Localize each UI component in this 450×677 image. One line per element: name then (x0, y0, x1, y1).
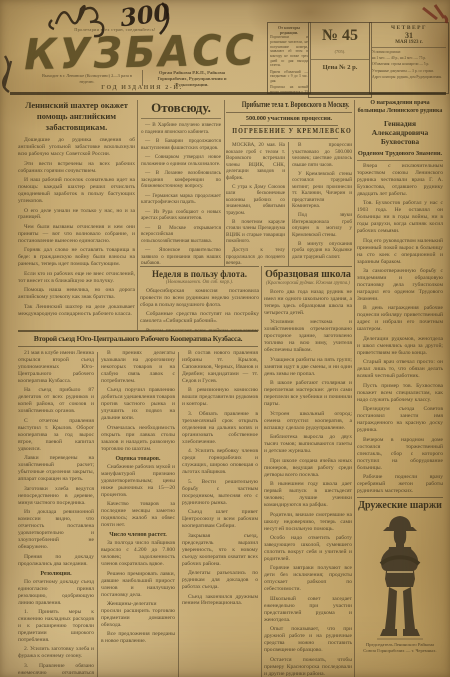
news-item: — Германская марка продолжает катастрофи… (141, 193, 221, 206)
paragraph: За полгода число пайщиков выросло с 4.20… (101, 540, 175, 568)
article-award-kicker: О награждении врача больницы Ленинского … (357, 100, 443, 116)
paragraph: За самоотверженную борьбу с эпидемиями и… (357, 268, 443, 303)
paragraph: В школе работают столярная и переплетная… (264, 380, 352, 408)
article-vorovsky-col-right: В процессии участвовало до 500.000 челов… (292, 142, 352, 266)
paragraph: Так Ленинский шахтер на деле доказывает … (18, 304, 135, 318)
paragraph: Опыт показывает, что при дружной работе … (264, 626, 352, 654)
paragraph: Снабжение рабочих мукой и мануфактурой п… (101, 464, 175, 499)
article-fleet: Неделя в пользу флота. (Новониколаевск. … (140, 266, 259, 331)
article-school-body: Всего два года назад рудник не имел ни о… (264, 289, 352, 677)
date-box: ЧЕТВЕРГ 31 МАЯ 1923 г. Условия подписки:… (369, 22, 449, 94)
paragraph: Все предложения переданы в новое правлен… (101, 631, 175, 645)
paragraph: На съезд прибыло 87 делегатов от всех ру… (18, 387, 94, 415)
paragraph: Дошедшие до рудника сведения об английск… (18, 137, 135, 158)
paragraph: В ревизионную комиссию вошли представите… (182, 387, 258, 408)
date-box-line: на 1 мес. — 40 р., на 2 мес. — 75 р. (372, 56, 446, 61)
paragraph: В процессии участвовало до 500.000 челов… (292, 142, 352, 168)
article-congress-headline: Второй съезд Юго-Центрального Рабочего К… (18, 332, 258, 347)
paragraph: Пусть пример тов. Бухвостова покажет все… (357, 383, 443, 404)
left-edge-marks (3, 56, 11, 92)
paragraph: Съезд закончился дружным пением Интернац… (182, 594, 258, 608)
paragraph: 1. Принять меры к снижению накладных рас… (18, 609, 94, 644)
paragraph: Родители, вначале смотревшие на школу не… (264, 512, 352, 533)
article-vorovsky-col-left: МОСКВА, 20 мая. На вокзале гроб с телом … (226, 142, 285, 266)
congress-subhead-resolution: Резолюция. (18, 571, 94, 577)
masthead-year-line: ГОД ИЗДАНИЯ 2-Й. (62, 85, 222, 91)
paragraph: Лавки переведены на хозяйственный расчет… (18, 455, 94, 483)
issue-price: Цена № 2 р. (311, 59, 369, 71)
paragraph: В состав нового правления избраны тт. Кр… (182, 350, 258, 385)
paragraph: 3. Правление обязано ежемесячно отчитыва… (18, 663, 94, 677)
paragraph: Закрывая съезд, председатель выразил уве… (182, 533, 258, 568)
paragraph: Под звуки Интернационала гроб опущен в м… (292, 212, 352, 238)
paragraph: Съезд шлет привет Центросоюзу и всем раб… (182, 509, 258, 530)
inner-column-rule (178, 352, 179, 677)
article-otovsyudu-headline: Отовсюду. (141, 100, 221, 119)
date-box-line: Условия подписки: (372, 50, 446, 55)
paragraph: В минуту опускания гроба орудия на Ходын… (292, 241, 352, 261)
article-vorovsky-subhead2: ПОГРЕБЕНИЕ У КРЕМЛЕВСКОЙ СТЕНЫ (232, 128, 345, 135)
news-item: — В Лозанне возобновились заседания конф… (141, 170, 221, 190)
news-item: — Из Рура сообщают о новых арестах рабоч… (141, 209, 221, 222)
article-fleet-body: Общесибирская комиссия постановила прове… (140, 288, 259, 331)
paragraph: Делегаты разъехались по рудникам для док… (182, 570, 258, 591)
date-month-year: МАЯ 1923 г. (372, 40, 446, 48)
congress-col2-text: В прениях делегаты указывали на дорогови… (101, 350, 175, 453)
inner-column-rule (288, 142, 289, 266)
paragraph: Доступ к телу продолжался до позднего ве… (226, 247, 285, 266)
date-day: 31 (372, 31, 446, 40)
column-rule (261, 266, 262, 677)
congress-col-1: 21 мая в клубе имени Ленина открылся вто… (18, 350, 94, 677)
article-school-dateline: (Красногорский рудник. Южная группа.) (264, 281, 352, 286)
article-vorovsky: Прибытие тела т. Воровского в Москву. 50… (226, 100, 352, 266)
paragraph: 3. Обязать правление в трехмесячный срок… (182, 411, 258, 446)
article-otovsyudu-items: — В Харбине получено известие о падении … (141, 122, 221, 264)
congress-col-2: В прениях делегаты указывали на дорогови… (101, 350, 175, 677)
paragraph: При школе создана ячейка юных пионеров, … (264, 458, 352, 479)
paragraph: В прениях делегаты указывали на дорогови… (101, 350, 175, 385)
article-fleet-dateline: (Новониколаевск. От соб. корр.). (140, 280, 259, 285)
paragraph: Старый врач отвечал просто: он делал лиш… (357, 359, 443, 380)
news-item: — В Москве открывается всероссийская сел… (141, 225, 221, 245)
paragraph: Чем были вызваны отчисления и кем они пр… (18, 224, 135, 245)
paragraph: По отчетному докладу съезд единогласно п… (18, 579, 94, 607)
paragraph: Женщины-делегатки просили расширить торг… (101, 601, 175, 629)
paragraph: Особо надо отметить работу заведующего ш… (264, 535, 352, 563)
masthead-divider (142, 70, 143, 86)
article-congress: Второй съезд Юго-Центрального Рабочего К… (18, 330, 258, 677)
notice-title: От конторы редакции. (270, 25, 308, 35)
article-award-name: Геннадия Александровича Бухвостова (357, 119, 443, 147)
paragraph: Решено премировать лавки, давшие наиболь… (101, 571, 175, 599)
article-miner: Ленинский шахтер окажет помощь английски… (18, 100, 135, 328)
issue-subnumber: (705). (311, 49, 369, 54)
paragraph: Вчера с исключительным торжеством союзы … (357, 163, 443, 198)
paragraph: У Кремлевской стены состоялся траурный м… (292, 171, 352, 210)
date-box-lines: Условия подписки:на 1 мес. — 40 р., на 2… (372, 50, 446, 79)
masthead-pubinfo: Выходит в г. Ленинске (Кольчугино) 2—3 р… (34, 73, 140, 85)
article-fleet-headline: Неделя в пользу флота. (140, 269, 259, 279)
column-rule (224, 100, 225, 266)
paragraph: О его деле узнали не только у нас, но и … (18, 208, 135, 222)
paragraph: Прения по докладу продолжались два засед… (18, 554, 94, 568)
congress-col2-text2: Снабжение рабочих мукой и мануфактурой п… (101, 464, 175, 529)
paragraph: Эти вести встречены на всех рабочих собр… (18, 161, 135, 175)
congress-col-3: В состав нового правления избраны тт. Кр… (182, 350, 258, 677)
article-school: Образцовая школа (Красногорский рудник. … (264, 266, 352, 677)
paragraph: 4. Усилить вербовку членов среди горнора… (182, 448, 258, 476)
article-cartoon-headline: Дружеские шаржи (357, 500, 443, 511)
paragraph: Горячие завтраки получают все дети без и… (264, 565, 352, 593)
paragraph: Вечером в народном доме состоялся торжес… (357, 437, 443, 472)
article-miner-headline: Ленинский шахтер окажет помощь английски… (18, 100, 135, 133)
congress-col1-text: 21 мая в клубе имени Ленина открылся вто… (18, 350, 94, 568)
subhead-rule (240, 125, 338, 126)
paragraph: В день награждения рабочие поднесли юбил… (357, 305, 443, 333)
paragraph: Всего два года назад рудник не имел ни о… (264, 289, 352, 317)
issue-number: № 45 (311, 27, 369, 45)
paragraph: В почетном карауле стояли члены Президиу… (226, 219, 285, 245)
news-item: — В Харбине получено известие о падении … (141, 122, 221, 135)
congress-col1-text2: По отчетному докладу съезд единогласно п… (18, 579, 94, 677)
paragraph: Делегации рудкомов, женотдела и школ сме… (357, 336, 443, 357)
paragraph: 21 мая в клубе имени Ленина открылся вто… (18, 350, 94, 385)
paragraph: МОСКВА, 20 мая. На вокзале гроб с телом … (226, 142, 285, 181)
date-box-line: Адрес конторы: рудник, дом Рудоуправлени… (372, 75, 446, 80)
congress-subhead-goods: Оценка товаров. (101, 456, 175, 462)
paragraph: Собранные средства поступят на постройку… (140, 311, 259, 325)
paragraph: Под его руководством маленький приемный … (357, 238, 443, 266)
paragraph: Остается пожелать, чтобы примеру Красног… (264, 657, 352, 677)
pubinfo-line1: Выходит в г. Ленинске (Кольчугино) 2—3 р… (42, 73, 129, 78)
paragraph: С отчетом правления выступил т. Крылов. … (18, 418, 94, 453)
notice-box: От конторы редакции. Подписчики и рознич… (267, 22, 311, 94)
congress-subhead-members: Число членов растет. (101, 532, 175, 538)
paragraph: Если кто из рабочих еще не внес отчислен… (18, 271, 135, 285)
article-school-headline: Образцовая школа (264, 269, 352, 280)
paragraph: Съезд поручил правлению добиться удешевл… (101, 387, 175, 422)
paragraph: 5. Вести решительную борьбу с частным по… (182, 479, 258, 507)
paragraph: Помощь наша невелика, но она дорога англ… (18, 287, 135, 301)
paragraph: Президиум съезда Советов постановил зане… (357, 406, 443, 434)
article-otovsyudu: Отовсюду. — В Харбине получено известие … (141, 100, 221, 264)
article-vorovsky-subhead: 500.000 участников процессии. (226, 115, 352, 122)
headline-rule (226, 112, 352, 113)
paragraph: Из доклада ревизионной комиссии видно, ч… (18, 509, 94, 551)
paragraph: Общесибирская комиссия постановила прове… (140, 288, 259, 309)
notice-line: Подписчики и розничные читатели, не полу… (270, 35, 308, 68)
news-item: — Японское правительство заявило о призн… (141, 247, 221, 264)
date-box-line: Об'явления: строка нонпарели — 5 р. (372, 62, 446, 67)
notice-lines: Подписчики и розничные читатели, не полу… (270, 35, 308, 94)
date-box-line: Утерянные документы — 3 р. со строки. (372, 69, 446, 74)
congress-col2-text3: За полгода число пайщиков выросло с 4.20… (101, 540, 175, 645)
article-miner-body: Дошедшие до рудника сведения об английск… (18, 137, 135, 318)
inner-column-rule (97, 352, 98, 677)
paragraph: Учащиеся разбиты на пять групп; занятия … (264, 357, 352, 378)
paragraph: Отмечалась необходимость открыть при лав… (101, 425, 175, 453)
paragraph: Горняк дал слово не оставлять товарища в… (18, 247, 135, 268)
column-rule (354, 100, 355, 677)
article-vorovsky-headline: Прибытие тела т. Воровского в Москву. (242, 100, 337, 109)
paragraph: Качество товаров за последние месяцы зам… (101, 501, 175, 529)
paragraph: Устроен школьный огород; семена отпустил… (264, 411, 352, 432)
article-cartoon: Дружеские шаржи Председатель Ленинского … (357, 497, 443, 677)
caricature-standing-man-image (361, 513, 439, 641)
paragraph: Тов. Бухвостов работал у нас с 1903 года… (357, 200, 443, 235)
issue-box: № 45 (705). Цена № 2 р. (308, 22, 372, 98)
paragraph: В нынешнем году школа дает первый выпуск… (264, 481, 352, 509)
paragraph: С утра к Дому Союзов шли бесконечные кол… (226, 184, 285, 217)
article-award-body: Вчера с исключительным торжеством союзы … (357, 163, 443, 495)
paragraph: Заготовки хлеба ведутся непосредственно … (18, 486, 94, 507)
paragraph: Библиотека выросла до двух тысяч томов; … (264, 434, 352, 455)
cartoon-caption: Председатель Ленинского Райкома Союза Го… (357, 641, 443, 655)
notice-line: Прием об'явлений — ежедневно с 9 до 3 ча… (270, 70, 308, 84)
subhead-rule (240, 138, 338, 139)
news-item: — В Баварии продолжаются выступления фаш… (141, 138, 221, 151)
paragraph: Усилиями месткома и хозяйственников отре… (264, 319, 352, 354)
paragraph: Школьный совет заседает еженедельно при … (264, 596, 352, 624)
article-award: О награждении врача больницы Ленинского … (357, 100, 443, 495)
paragraph: И наш рабочий поселок сознательно идет н… (18, 177, 135, 205)
column-rule (137, 100, 138, 330)
newspaper-page: Пролетарии всех стран, соединяйтесь! КУЗ… (0, 0, 450, 677)
news-item: — Совнарком утвердил новое положение о е… (141, 154, 221, 167)
masthead-rule (10, 92, 446, 95)
red-corner-marks (423, 5, 447, 23)
article-award-order: Орденом Трудового Знамени. (357, 150, 443, 161)
paragraph: 2. Усилить заготовку хлеба и фуража к ос… (18, 646, 94, 660)
paragraph: Рабочие поднесли врачу серебряный жетон … (357, 474, 443, 495)
